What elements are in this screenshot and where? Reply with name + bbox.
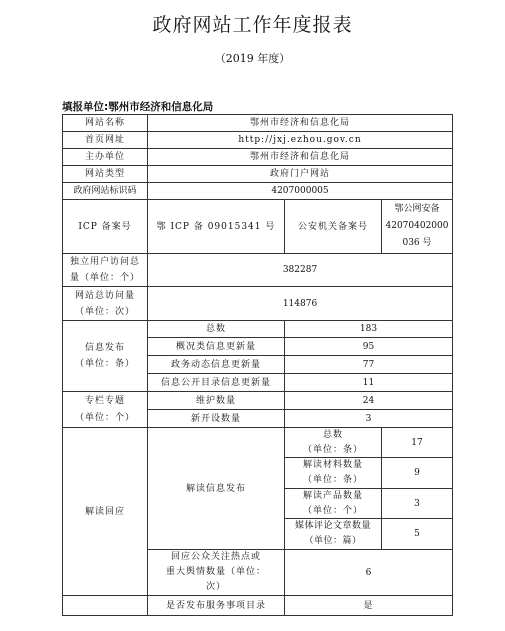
interp-material-value: 9: [381, 457, 453, 489]
site-name-label: 网站名称: [62, 114, 148, 132]
homepage-value: http://jxj.ezhou.gov.cn: [147, 131, 453, 149]
interp-media-value: 5: [381, 518, 453, 550]
unique-visitors-label: 独立用户访问总 量（单位：个）: [62, 253, 148, 287]
police-record-label: 公安机关备案号: [284, 199, 382, 254]
site-type-label: 网站类型: [62, 165, 148, 183]
sponsor-value: 鄂州市经济和信息化局: [147, 148, 453, 166]
interpretation-label: 解读回应: [62, 427, 148, 596]
topics-new-label: 新开设数量: [147, 409, 285, 428]
service-catalog-label: 是否发布服务事项目录: [147, 595, 285, 616]
interp-total-value: 17: [381, 427, 453, 458]
homepage-label: 首页网址: [62, 131, 148, 149]
police-record-value: 鄂公网安备 42070402000 036 号: [381, 199, 453, 254]
site-id-label: 政府网站标识码: [62, 182, 148, 200]
site-type-value: 政府门户网站: [147, 165, 453, 183]
info-overview-value: 95: [284, 337, 453, 356]
total-visits-label: 网站总访问量 （单位：次）: [62, 286, 148, 321]
sponsor-label: 主办单位: [62, 148, 148, 166]
interp-media-label: 媒体评论文章数量 （单位：篇）: [284, 518, 382, 550]
report-year: （2019 年度）: [0, 50, 505, 66]
icp-label: ICP 备案号: [62, 199, 148, 254]
info-news-value: 77: [284, 355, 453, 374]
interp-product-label: 解读产品数量 （单位：个）: [284, 488, 382, 519]
info-total-value: 183: [284, 320, 453, 338]
icp-value: 鄂 ICP 备 09015341 号: [147, 199, 285, 254]
info-catalog-value: 11: [284, 373, 453, 392]
topics-maintained-value: 24: [284, 391, 453, 410]
service-catalog-value: 是: [284, 595, 453, 616]
info-publish-label: 信息发布 （单位：条）: [62, 320, 148, 392]
interp-total-label: 总数 （单位：条）: [284, 427, 382, 458]
page-title: 政府网站工作年度报表: [0, 10, 505, 37]
info-catalog-label: 信息公开目录信息更新量: [147, 373, 285, 392]
total-visits-value: 114876: [147, 286, 453, 321]
interpretation-sub-label: 解读信息发布: [147, 427, 285, 550]
service-catalog-blank: [62, 595, 148, 616]
site-name-value: 鄂州市经济和信息化局: [147, 114, 453, 132]
info-overview-label: 概况类信息更新量: [147, 337, 285, 356]
site-id-value: 4207000005: [147, 182, 453, 200]
special-topics-label: 专栏专题 （单位：个）: [62, 391, 148, 428]
info-total-label: 总数: [147, 320, 285, 338]
interp-product-value: 3: [381, 488, 453, 519]
unique-visitors-value: 382287: [147, 253, 453, 287]
reporting-unit: 填报单位:鄂州市经济和信息化局: [62, 99, 213, 114]
info-news-label: 政务动态信息更新量: [147, 355, 285, 374]
response-value: 6: [284, 549, 453, 596]
topics-new-value: 3: [284, 409, 453, 428]
topics-maintained-label: 维护数量: [147, 391, 285, 410]
response-label: 回应公众关注热点或 重大舆情数量（单位： 次）: [147, 549, 285, 596]
interp-material-label: 解读材料数量 （单位：条）: [284, 457, 382, 489]
